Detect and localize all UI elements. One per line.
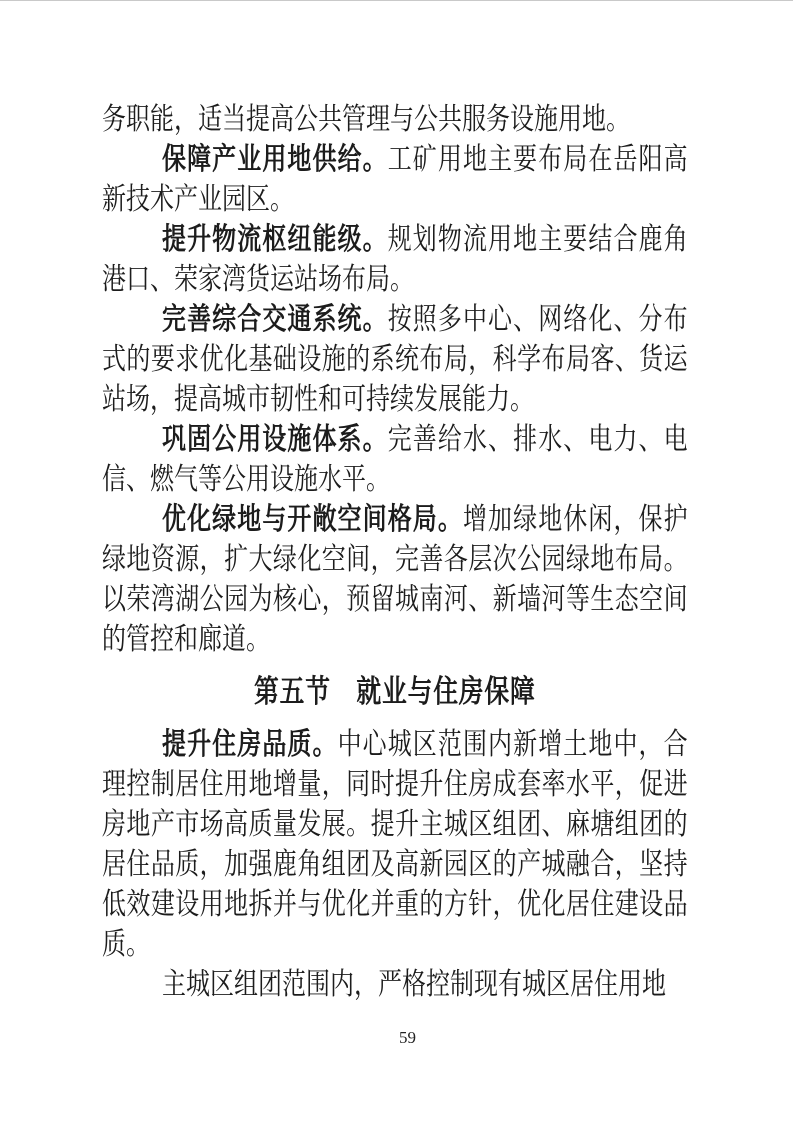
paragraph: 完善综合交通系统。按照多中心、网络化、分布式的要求优化基础设施的系统布局，科学布…: [102, 300, 688, 420]
text-column: 务职能，适当提高公共管理与公共服务设施用地。 保障产业用地供给。工矿用地主要布局…: [102, 100, 688, 1005]
paragraph-text: 中心城区范围内新增土地中，合理控制居住用地增量，同时提升住房成套率水平，促进房地…: [102, 728, 688, 961]
paragraph-lead-bold: 提升物流枢纽能级。: [162, 223, 388, 256]
paragraph: 主城区组团范围内，严格控制现有城区居住用地: [102, 965, 688, 1005]
page-number: 59: [22, 1028, 793, 1048]
paragraph-text: 主城区组团范围内，严格控制现有城区居住用地: [162, 968, 666, 1001]
paragraph-lead-bold: 巩固公用设施体系。: [162, 423, 388, 456]
section-heading: 第五节 就业与住房保障: [102, 672, 688, 712]
scan-top-edge: [0, 0, 793, 1]
paragraph: 保障产业用地供给。工矿用地主要布局在岳阳高新技术产业园区。: [102, 140, 688, 220]
document-page: 务职能，适当提高公共管理与公共服务设施用地。 保障产业用地供给。工矿用地主要布局…: [0, 0, 793, 1122]
paragraph-lead-bold: 优化绿地与开敞空间格局。: [162, 503, 463, 536]
paragraph-lead-bold: 提升住房品质。: [162, 728, 338, 761]
paragraph-text: 务职能，适当提高公共管理与公共服务设施用地。: [102, 103, 630, 136]
paragraph: 务职能，适当提高公共管理与公共服务设施用地。: [102, 100, 688, 140]
paragraph: 优化绿地与开敞空间格局。增加绿地休闲，保护绿地资源，扩大绿化空间，完善各层次公园…: [102, 500, 688, 660]
paragraph-lead-bold: 保障产业用地供给。: [162, 143, 388, 176]
paragraph: 提升住房品质。中心城区范围内新增土地中，合理控制居住用地增量，同时提升住房成套率…: [102, 725, 688, 965]
paragraph-lead-bold: 完善综合交通系统。: [162, 303, 388, 336]
paragraph: 提升物流枢纽能级。规划物流用地主要结合鹿角港口、荣家湾货运站场布局。: [102, 220, 688, 300]
paragraph: 巩固公用设施体系。完善给水、排水、电力、电信、燃气等公用设施水平。: [102, 420, 688, 500]
